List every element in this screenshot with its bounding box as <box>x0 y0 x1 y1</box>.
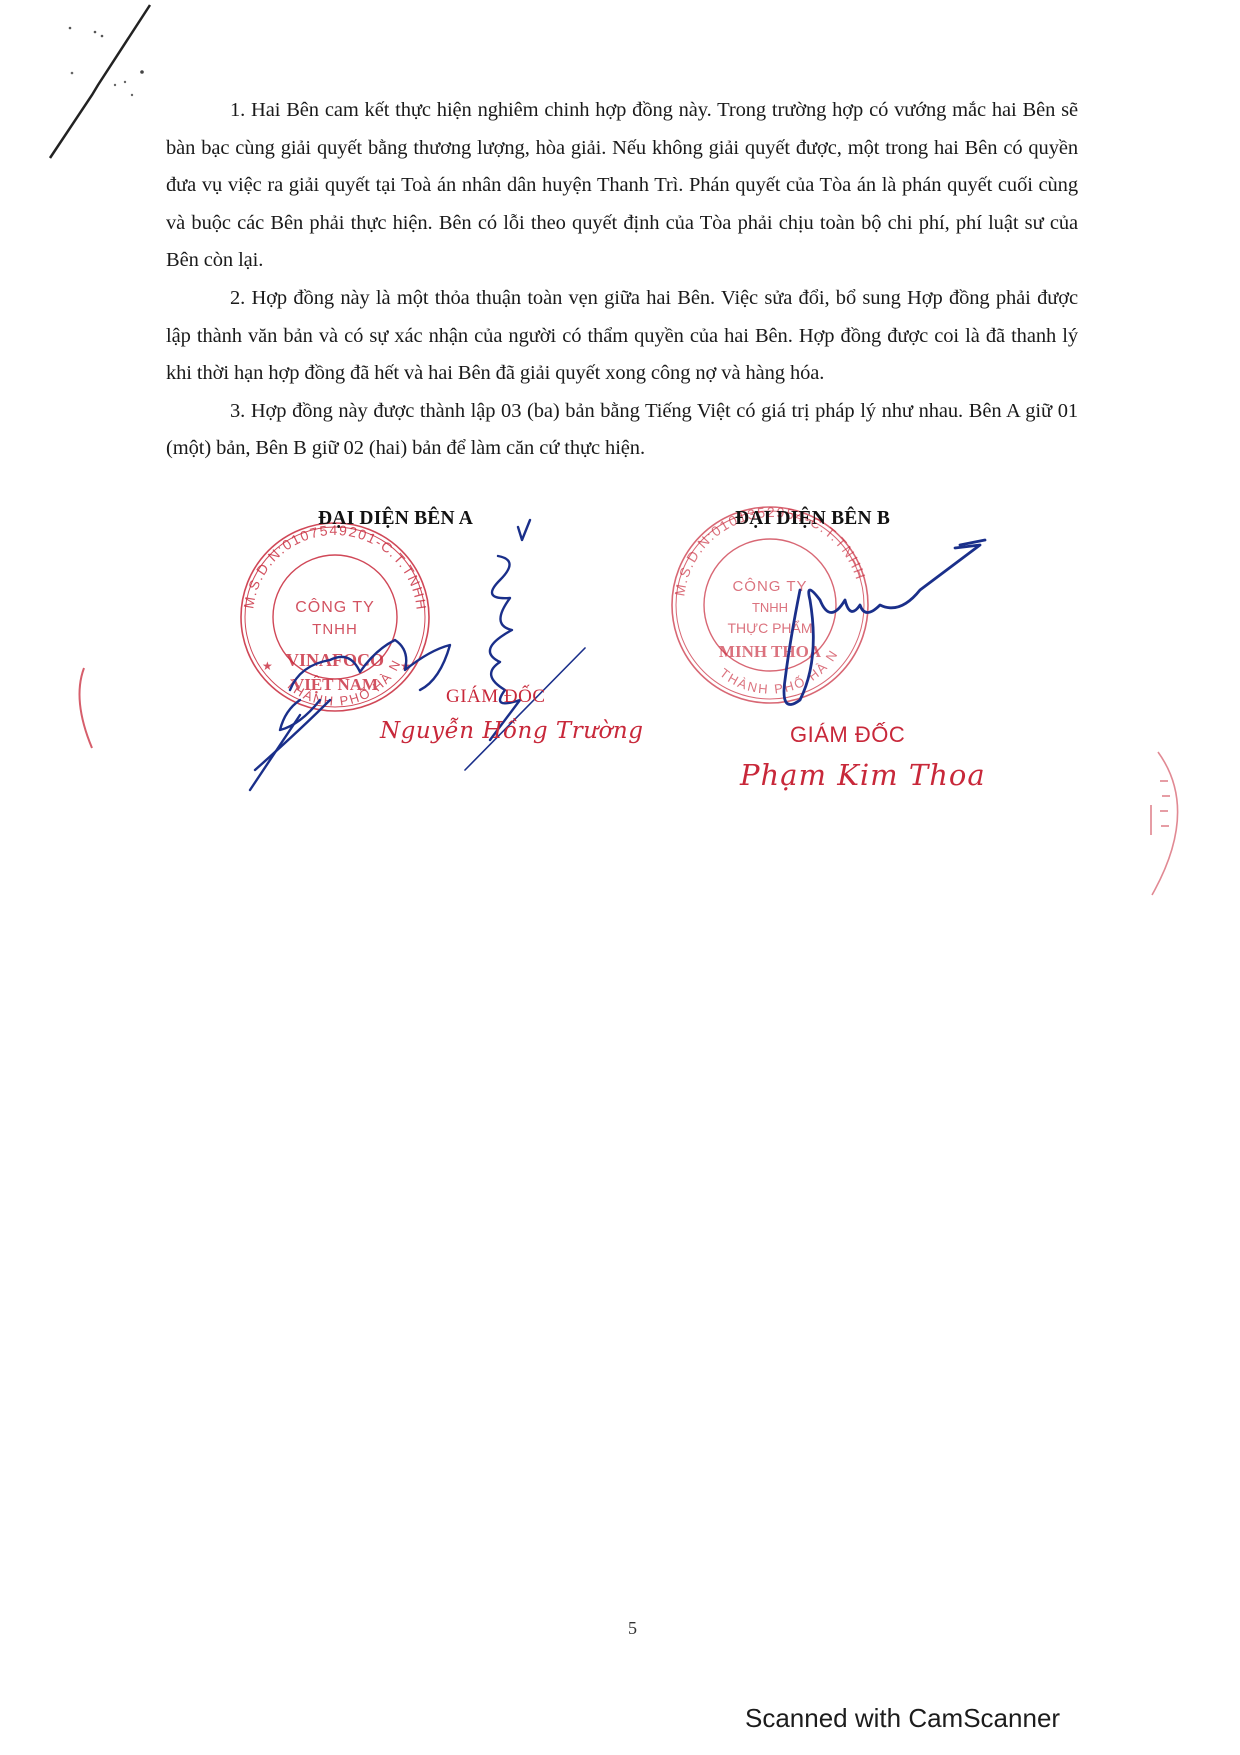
party-b-signer-name: Phạm Kim Thoa <box>740 758 986 792</box>
scanned-document-page: M.S.D.N:0107549201-C.T.TNHH THÀNH PHỐ HÀ… <box>0 0 1240 1755</box>
svg-text:★: ★ <box>400 659 411 673</box>
svg-text:TNHH: TNHH <box>312 621 358 638</box>
svg-text:VIỆT NAM: VIỆT NAM <box>292 675 378 694</box>
party-a-signer-title: GIÁM ĐỐC <box>446 686 546 708</box>
clause-2-paragraph: 2. Hợp đồng này là một thỏa thuận toàn v… <box>166 280 1078 393</box>
svg-text:TNHH: TNHH <box>752 600 788 615</box>
clause-1-paragraph: 1. Hai Bên cam kết thực hiện nghiêm chin… <box>166 92 1078 280</box>
clause-3-paragraph: 3. Hợp đồng này được thành lập 03 (ba) b… <box>166 393 1078 468</box>
party-b-signer-title: GIÁM ĐỐC <box>790 722 905 748</box>
company-stamp-a <box>241 523 429 711</box>
edge-stamp-arc-right <box>1152 752 1178 895</box>
edge-stamp-arc-left <box>80 668 93 748</box>
handwritten-signature-b <box>784 540 985 705</box>
svg-text:CÔNG TY: CÔNG TY <box>295 597 375 616</box>
scan-artifact-line <box>50 5 150 158</box>
svg-text:THỰC PHẨM: THỰC PHẨM <box>727 619 812 636</box>
svg-text:CÔNG TY: CÔNG TY <box>732 578 807 595</box>
party-b-representative-heading: ĐẠI DIỆN BÊN B <box>735 508 890 530</box>
svg-text:VINAFOCO: VINAFOCO <box>286 650 384 670</box>
svg-text:★: ★ <box>262 659 273 673</box>
page-number: 5 <box>628 1618 637 1639</box>
party-a-representative-heading: ĐẠI DIỆN BÊN A <box>318 508 473 530</box>
svg-text:M.S.D.N:0107549201-C.T.TNHH: M.S.D.N:0107549201-C.T.TNHH <box>240 522 430 612</box>
camscanner-watermark: Scanned with CamScanner <box>745 1703 1060 1734</box>
company-stamp-b <box>672 507 868 703</box>
handwritten-signature-a <box>250 520 585 790</box>
party-a-signer-name: Nguyễn Hồng Trường <box>380 718 643 744</box>
svg-text:MINH THOA: MINH THOA <box>719 642 822 661</box>
contract-body: 1. Hai Bên cam kết thực hiện nghiêm chin… <box>166 92 1078 468</box>
